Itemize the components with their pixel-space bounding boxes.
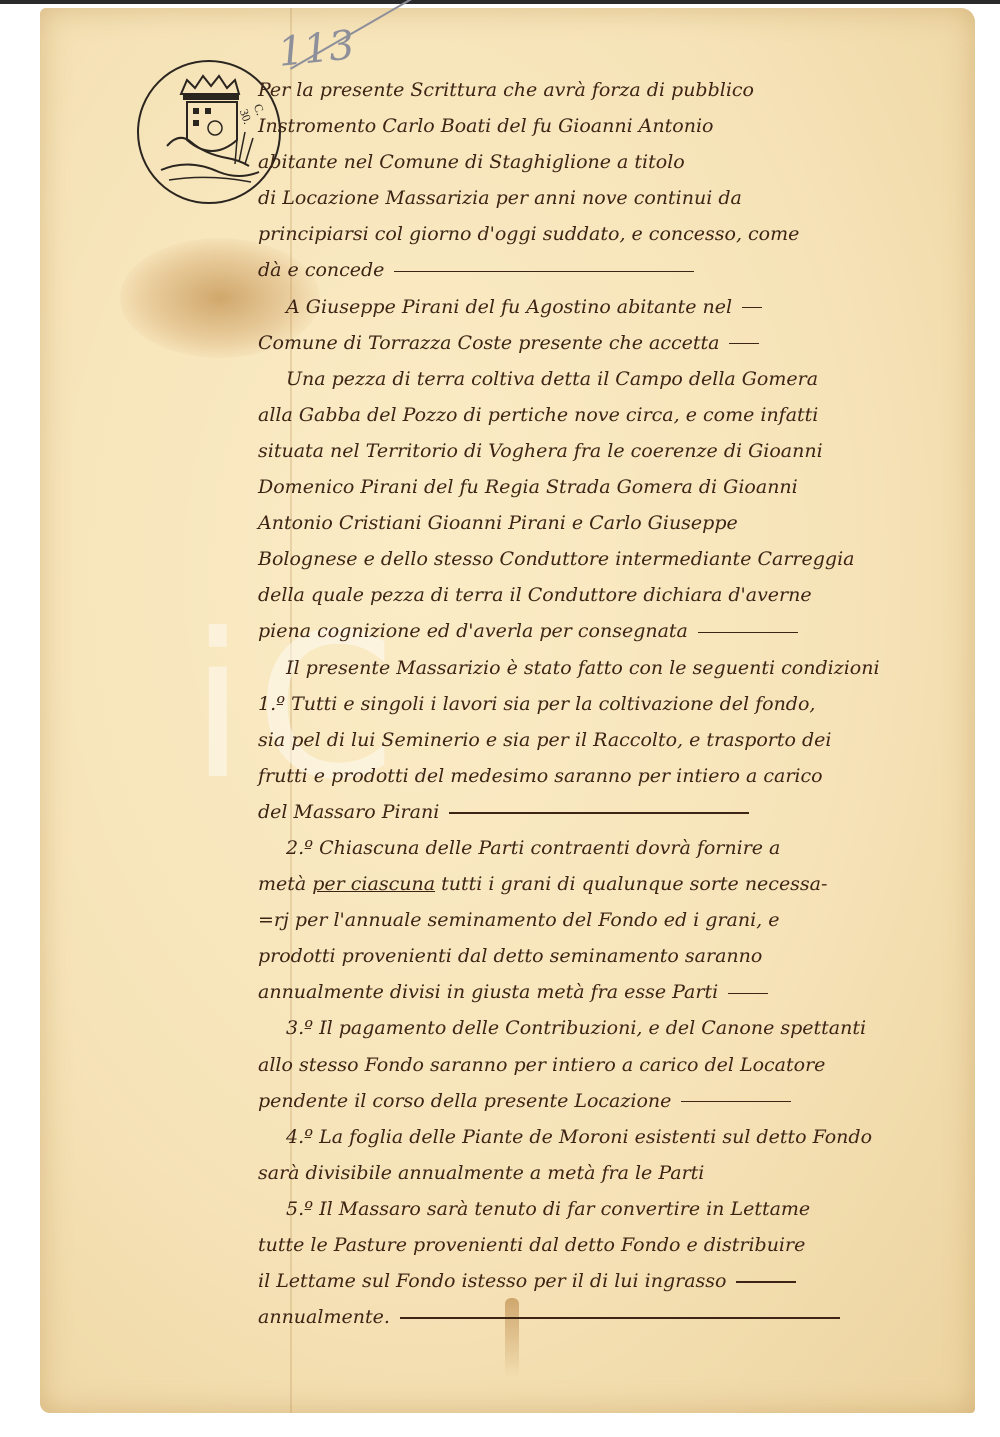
line-text: Per la presente Scrittura che avrà forza… xyxy=(258,79,754,101)
line-filler-dash xyxy=(698,632,798,634)
line-text: alla Gabba del Pozzo di pertiche nove ci… xyxy=(258,404,818,426)
text-line: allo stesso Fondo saranno per intiero a … xyxy=(258,1047,973,1083)
line-text: annualmente. xyxy=(258,1306,390,1328)
line-filler-dash xyxy=(394,271,694,273)
archive-number: 113 xyxy=(276,22,357,76)
text-line: tutte le Pasture provenienti dal detto F… xyxy=(258,1227,973,1263)
line-text: piena cognizione ed d'averla per consegn… xyxy=(258,620,688,642)
text-line: abitante nel Comune di Staghiglione a ti… xyxy=(258,144,973,180)
line-text: della quale pezza di terra il Conduttore… xyxy=(258,584,812,606)
line-text: Instromento Carlo Boati del fu Gioanni A… xyxy=(258,115,713,137)
text-line: Una pezza di terra coltiva detta il Camp… xyxy=(258,361,973,397)
text-line: A Giuseppe Pirani del fu Agostino abitan… xyxy=(258,289,973,325)
text-line: della quale pezza di terra il Conduttore… xyxy=(258,577,973,613)
text-line: del Massaro Pirani xyxy=(258,794,973,830)
text-line: 2.º Chiascuna delle Parti contraenti dov… xyxy=(258,830,973,866)
line-filler-dash xyxy=(742,307,762,309)
line-text: frutti e prodotti del medesimo saranno p… xyxy=(258,765,823,787)
line-text: 4.º La foglia delle Piante de Moroni esi… xyxy=(286,1126,872,1148)
line-filler-dash xyxy=(400,1317,840,1319)
text-line: 4.º La foglia delle Piante de Moroni esi… xyxy=(258,1119,973,1155)
text-line: =rj per l'annuale seminamento del Fondo … xyxy=(258,902,973,938)
text-line: annualmente divisi in giusta metà fra es… xyxy=(258,974,973,1010)
line-text: sarà divisibile annualmente a metà fra l… xyxy=(258,1162,704,1184)
line-filler-dash xyxy=(449,812,749,814)
line-text: 2.º Chiascuna delle Parti contraenti dov… xyxy=(286,837,780,859)
line-text: Antonio Cristiani Gioanni Pirani e Carlo… xyxy=(258,512,738,534)
line-text: metà per ciascuna tutti i grani di qualu… xyxy=(258,873,827,895)
line-text: 3.º Il pagamento delle Contribuzioni, e … xyxy=(286,1017,866,1039)
text-line: di Locazione Massarizia per anni nove co… xyxy=(258,180,973,216)
text-line: principiarsi col giorno d'oggi suddato, … xyxy=(258,216,973,252)
line-text: il Lettame sul Fondo istesso per il di l… xyxy=(258,1270,726,1292)
text-line: annualmente. xyxy=(258,1299,973,1335)
text-line: alla Gabba del Pozzo di pertiche nove ci… xyxy=(258,397,973,433)
line-filler-dash xyxy=(681,1101,791,1103)
line-text: A Giuseppe Pirani del fu Agostino abitan… xyxy=(286,296,732,318)
line-filler-dash xyxy=(736,1281,796,1283)
line-text: tutte le Pasture provenienti dal detto F… xyxy=(258,1234,805,1256)
line-filler-dash xyxy=(729,343,759,345)
text-line: il Lettame sul Fondo istesso per il di l… xyxy=(258,1263,973,1299)
line-text: del Massaro Pirani xyxy=(258,801,439,823)
line-text: dà e concede xyxy=(258,259,384,281)
line-text: pendente il corso della presente Locazio… xyxy=(258,1090,671,1112)
line-text: prodotti provenienti dal detto seminamen… xyxy=(258,945,762,967)
line-text: Comune di Torrazza Coste presente che ac… xyxy=(258,332,719,354)
text-line: Domenico Pirani del fu Regia Strada Gome… xyxy=(258,469,973,505)
line-text: situata nel Territorio di Voghera fra le… xyxy=(258,440,823,462)
line-text: di Locazione Massarizia per anni nove co… xyxy=(258,187,742,209)
line-text: Il presente Massarizio è stato fatto con… xyxy=(286,657,880,679)
text-line: Instromento Carlo Boati del fu Gioanni A… xyxy=(258,108,973,144)
line-text: principiarsi col giorno d'oggi suddato, … xyxy=(258,223,799,245)
text-line: Il presente Massarizio è stato fatto con… xyxy=(258,650,973,686)
line-text: Una pezza di terra coltiva detta il Camp… xyxy=(286,368,818,390)
text-line: dà e concede xyxy=(258,252,973,288)
handwritten-text: Per la presente Scrittura che avrà forza… xyxy=(258,72,973,1335)
line-text: abitante nel Comune di Staghiglione a ti… xyxy=(258,151,685,173)
text-line: 1.º Tutti e singoli i lavori sia per la … xyxy=(258,686,973,722)
text-line: 5.º Il Massaro sarà tenuto di far conver… xyxy=(258,1191,973,1227)
text-line: prodotti provenienti dal detto seminamen… xyxy=(258,938,973,974)
text-line: Comune di Torrazza Coste presente che ac… xyxy=(258,325,973,361)
text-line: metà per ciascuna tutti i grani di qualu… xyxy=(258,866,973,902)
text-line: Per la presente Scrittura che avrà forza… xyxy=(258,72,973,108)
line-filler-dash xyxy=(728,993,768,995)
line-text: 5.º Il Massaro sarà tenuto di far conver… xyxy=(286,1198,810,1220)
line-text: Domenico Pirani del fu Regia Strada Gome… xyxy=(258,476,798,498)
text-line: situata nel Territorio di Voghera fra le… xyxy=(258,433,973,469)
text-line: sia pel di lui Seminerio e sia per il Ra… xyxy=(258,722,973,758)
line-text: =rj per l'annuale seminamento del Fondo … xyxy=(258,909,780,931)
line-text: Bolognese e dello stesso Conduttore inte… xyxy=(258,548,854,570)
text-line: piena cognizione ed d'averla per consegn… xyxy=(258,613,973,649)
line-text: 1.º Tutti e singoli i lavori sia per la … xyxy=(258,693,815,715)
text-line: sarà divisibile annualmente a metà fra l… xyxy=(258,1155,973,1191)
text-line: pendente il corso della presente Locazio… xyxy=(258,1083,973,1119)
line-text: allo stesso Fondo saranno per intiero a … xyxy=(258,1054,825,1076)
line-text: sia pel di lui Seminerio e sia per il Ra… xyxy=(258,729,831,751)
text-line: 3.º Il pagamento delle Contribuzioni, e … xyxy=(258,1010,973,1046)
scan-top-edge xyxy=(0,0,1000,4)
line-text: annualmente divisi in giusta metà fra es… xyxy=(258,981,718,1003)
underlined-text: per ciascuna xyxy=(312,873,435,895)
text-line: frutti e prodotti del medesimo saranno p… xyxy=(258,758,973,794)
text-line: Antonio Cristiani Gioanni Pirani e Carlo… xyxy=(258,505,973,541)
text-line: Bolognese e dello stesso Conduttore inte… xyxy=(258,541,973,577)
